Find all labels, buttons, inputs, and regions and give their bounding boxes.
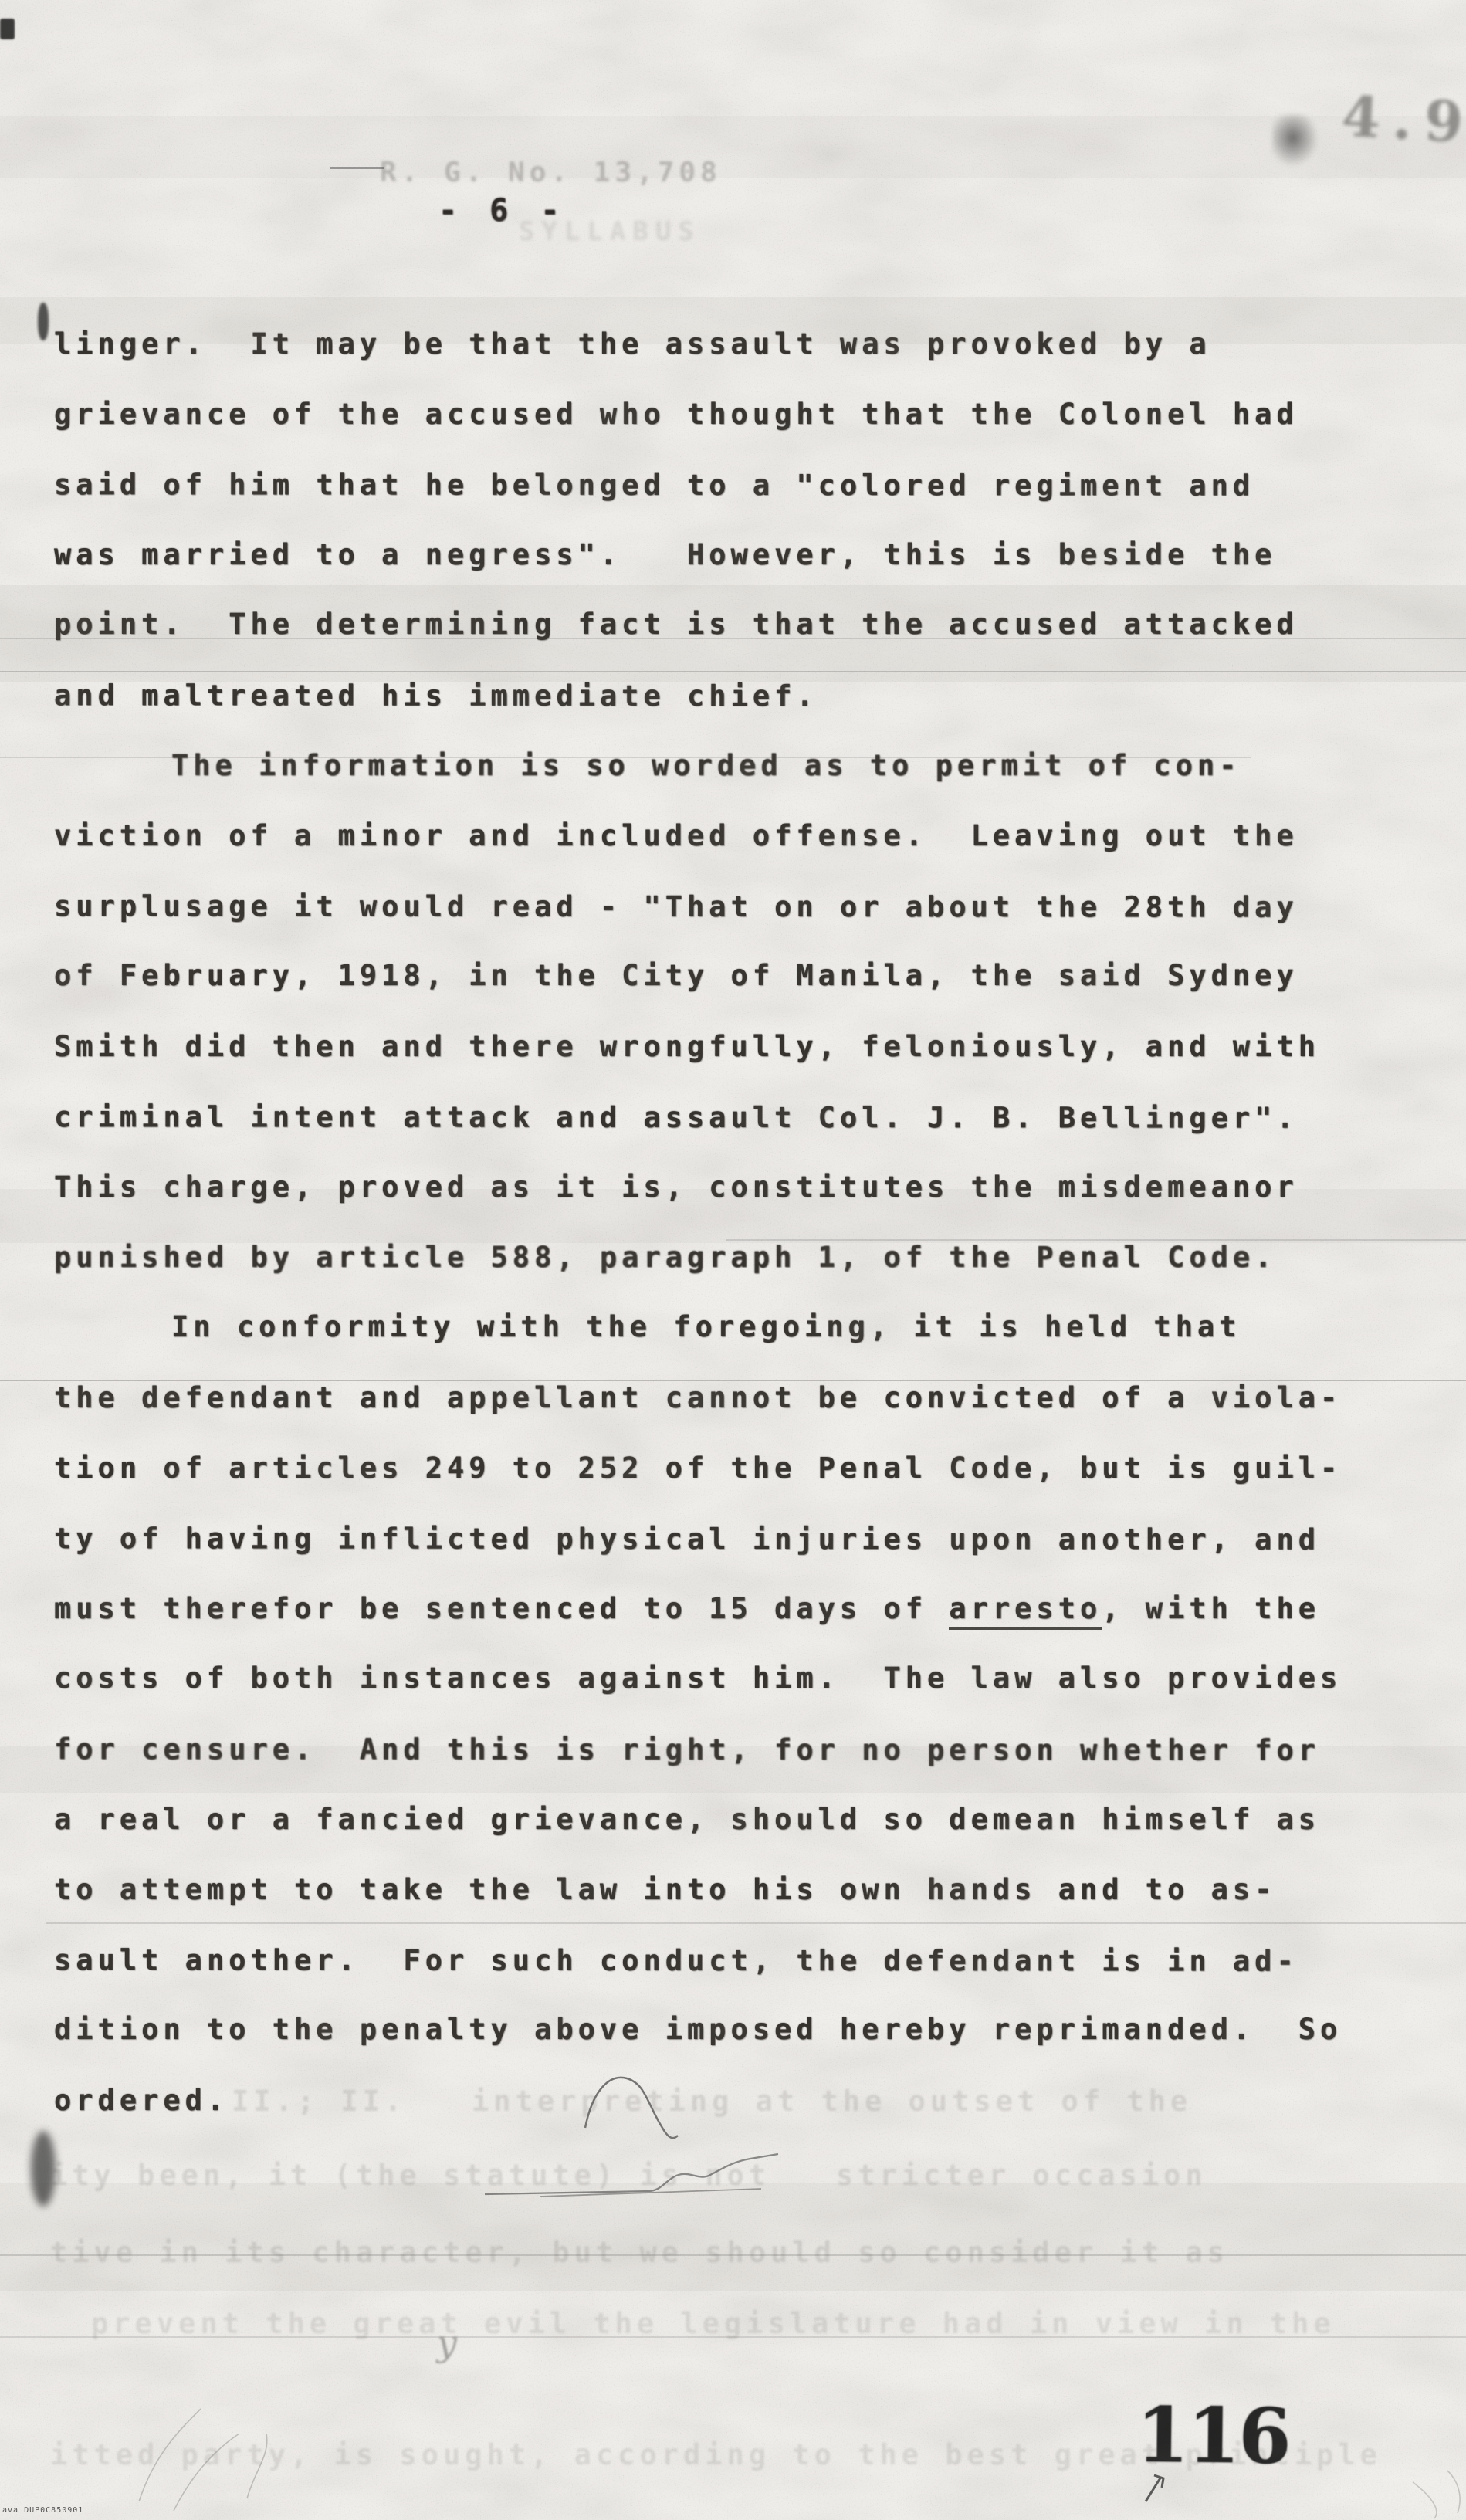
bleedthrough-line: tive in its character, but we should so … (50, 2236, 1229, 2269)
underlined-word-arresto: arresto (949, 1592, 1102, 1630)
text-line: surplusage it would read - "That on or a… (54, 890, 1444, 962)
text-line: punished by article 588, paragraph 1, of… (54, 1241, 1444, 1312)
text-line: grievance of the accused who thought tha… (54, 398, 1444, 469)
case-number-ghost: R. G. No. 13,708 (380, 157, 722, 188)
text-line: In conformity with the foregoing, it is … (54, 1311, 1444, 1381)
scan-shading-band (0, 116, 1466, 178)
bleedthrough-line: ity been, it (the statute) is not strict… (50, 2159, 1207, 2192)
text-line: linger. It may be that the assault was p… (54, 328, 1444, 398)
ink-edge-mark (38, 303, 49, 340)
text-line: dition to the penalty above imposed here… (54, 2014, 1444, 2084)
text-segment: , with the (1102, 1592, 1320, 1625)
text-line: a real or a fancied grievance, should so… (54, 1804, 1444, 1874)
text-segment: must therefor be sentenced to 15 days of (54, 1592, 949, 1625)
text-line: and maltreated his immediate chief. (54, 679, 1444, 751)
text-line: costs of both instances against him. The… (54, 1662, 1444, 1732)
syllabus-ghost: SYLLABUS (519, 216, 701, 247)
text-line: criminal intent attack and assault Col. … (54, 1101, 1444, 1173)
pencil-letter-mark: y (437, 2322, 457, 2364)
typewritten-body: linger. It may be that the assault was p… (54, 328, 1444, 2155)
text-line: This charge, proved as it is, constitute… (54, 1171, 1444, 1241)
text-line: Smith did then and there wrongfully, fel… (54, 1031, 1444, 1101)
text-line: sault another. For such conduct, the def… (54, 1944, 1444, 2016)
bleedthrough-line: prevent the great evil the legislature h… (91, 2307, 1336, 2340)
text-line: of February, 1918, in the City of Manila… (54, 960, 1444, 1030)
ink-edge-smudge (31, 2131, 56, 2207)
text-line: to attempt to take the law into his own … (54, 1874, 1444, 1944)
scan-corner-mark (0, 19, 15, 39)
text-line: point. The determining fact is that the … (54, 608, 1444, 679)
bleedthrough-line: II.; II. interpreting at the outset of t… (232, 2085, 1192, 2118)
text-line: said of him that he belonged to a "color… (54, 469, 1444, 540)
text-line: ty of having inflicted physical injuries… (54, 1522, 1444, 1594)
text-line: for censure. And this is right, for no p… (54, 1733, 1444, 1805)
page-stamp-116: 116 (1136, 2391, 1290, 2481)
text-line: The information is so worded as to permi… (54, 750, 1444, 820)
text-line: viction of a minor and included offense.… (54, 820, 1444, 890)
scanned-document-page: R. G. No. 13,708 - 6 - SYLLABUS linger. … (0, 0, 1466, 2520)
scan-line (330, 167, 384, 169)
text-line: the defendant and appellant cannot be co… (54, 1382, 1444, 1452)
text-line-with-underline: must therefor be sentenced to 15 days of… (54, 1593, 1444, 1663)
text-line: was married to a negress". However, this… (54, 539, 1444, 609)
pencil-smudge (1272, 114, 1319, 167)
pencil-annotation: 4.9 (1340, 83, 1466, 156)
text-line: tion of articles 249 to 252 of the Penal… (54, 1452, 1444, 1522)
microfilm-code: ava DUP0C850901 (2, 2506, 83, 2515)
